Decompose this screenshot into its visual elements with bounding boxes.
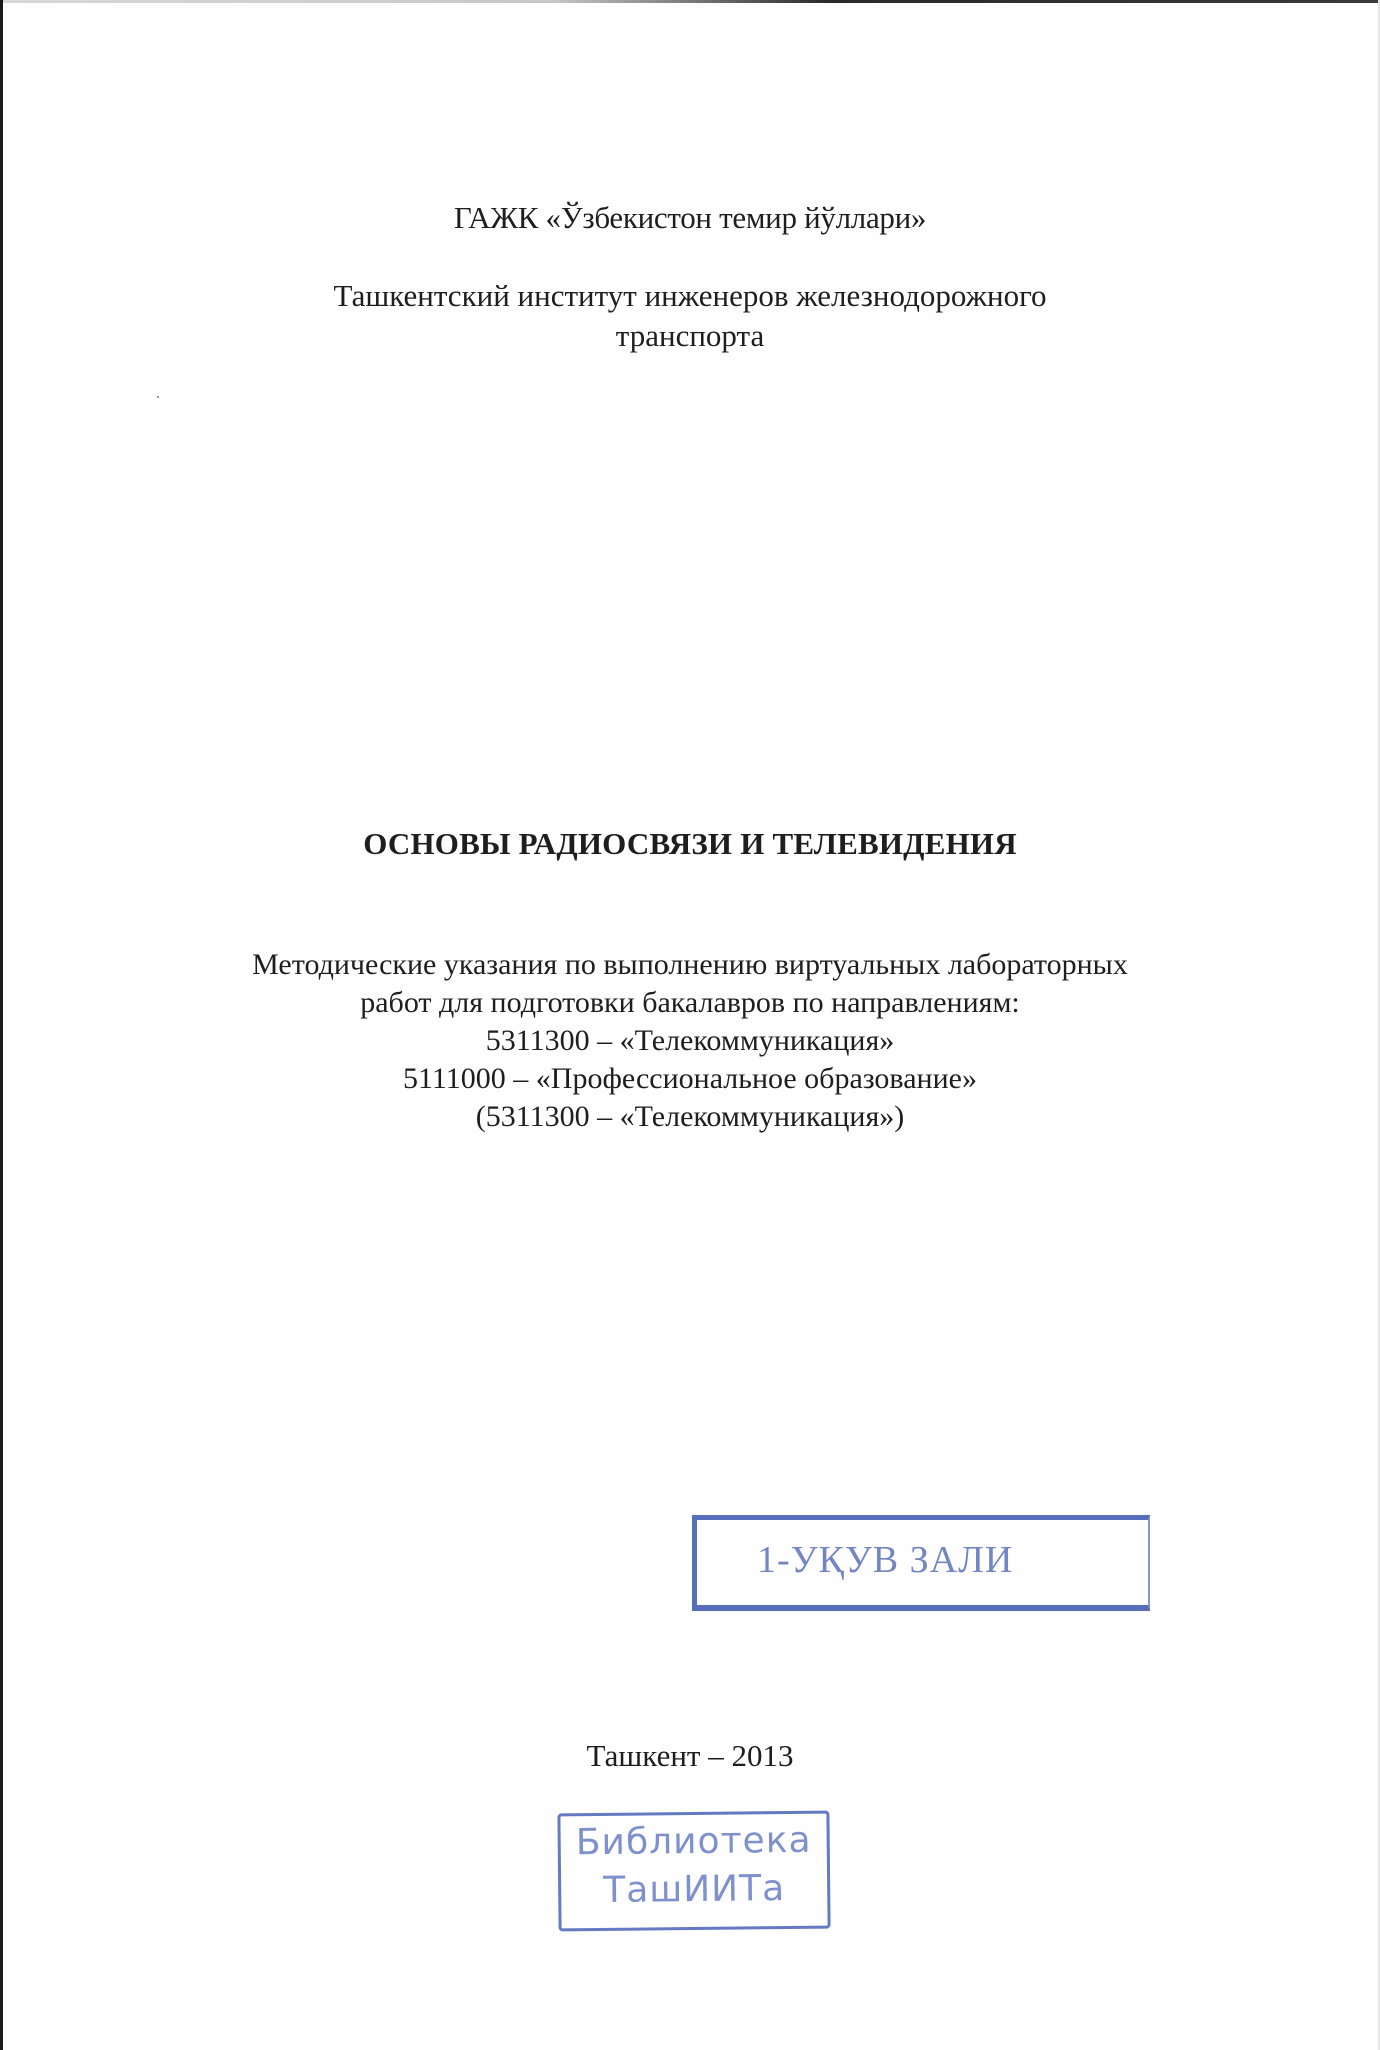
organization-name: ГАЖК «Ўзбекистон темир йўллари» bbox=[0, 200, 1380, 236]
description-line: 5311300 – «Телекоммуникация» bbox=[0, 1024, 1380, 1058]
reading-hall-stamp: 1-УҚУВ ЗАЛИ bbox=[692, 1515, 1150, 1611]
description-line: (5311300 – «Телекоммуникация») bbox=[0, 1100, 1380, 1134]
institute-name-line-1: Ташкентский институт инженеров железнодо… bbox=[0, 278, 1380, 314]
institute-name-line-2: транспорта bbox=[0, 318, 1380, 354]
reading-hall-stamp-text: 1-УҚУВ ЗАЛИ bbox=[757, 1538, 1013, 1582]
description-line: 5111000 – «Профессиональное образование» bbox=[0, 1062, 1380, 1096]
library-stamp: Библиотека ТашИИТа bbox=[557, 1811, 830, 1932]
description-line: Методические указания по выполнению вирт… bbox=[0, 948, 1380, 982]
library-stamp-line-2: ТашИИТа bbox=[561, 1868, 827, 1912]
library-stamp-line-1: Библиотека bbox=[560, 1820, 826, 1864]
scan-edge-top bbox=[0, 0, 1380, 3]
document-page: ГАЖК «Ўзбекистон темир йўллари» Ташкентс… bbox=[0, 0, 1380, 2050]
document-title: ОСНОВЫ РАДИОСВЯЗИ И ТЕЛЕВИДЕНИЯ bbox=[0, 826, 1380, 862]
description-line: работ для подготовки бакалавров по напра… bbox=[0, 986, 1380, 1020]
scan-speck bbox=[157, 396, 159, 398]
city-year: Ташкент – 2013 bbox=[0, 1738, 1380, 1774]
